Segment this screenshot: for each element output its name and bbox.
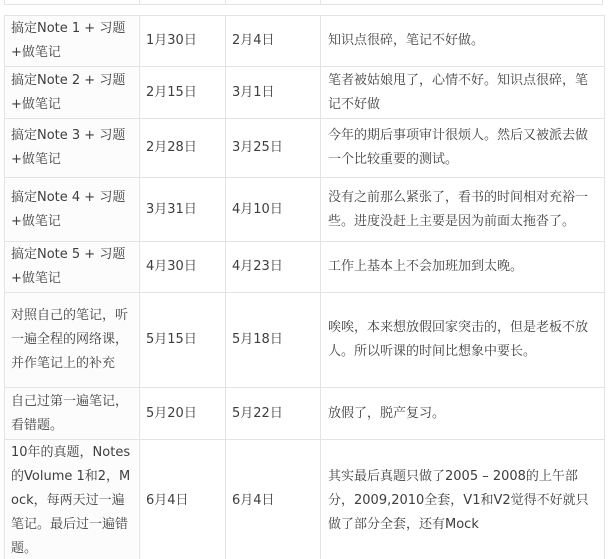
task-cell: 搞定Note 5 + 习题+做笔记 [5,242,140,293]
actual-date-cell: 5月22日 [226,388,321,440]
task-cell: 10年的真题，Notes的Volume 1和2，Mock，每两天过一遍笔记。最后… [5,440,140,559]
table-row: 搞定Note 1 + 习题+做笔记 1月30日 2月4日 知识点很碎，笔记不好做… [5,16,605,67]
table-row: 搞定Note 5 + 习题+做笔记 4月30日 4月23日 工作上基本上不会加班… [5,242,605,293]
table-row: 10年的真题，Notes的Volume 1和2，Mock，每两天过一遍笔记。最后… [5,440,605,559]
note-cell: 唉唉，本来想放假回家突击的，但是老板不放人。所以听课的时间比想象中要长。 [321,293,605,388]
note-cell: 没有之前那么紧张了，看书的时间相对充裕一些。进度没赶上主要是因为前面太拖沓了。 [321,178,605,242]
actual-date-cell: 2月4日 [226,16,321,67]
actual-date-cell: 3月1日 [226,67,321,119]
planned-date-cell: 6月4日 [140,440,226,559]
planned-date-cell: 2月15日 [140,67,226,119]
planned-date-cell: 3月31日 [140,178,226,242]
task-cell: 搞定Note 2 + 习题+做笔记 [5,67,140,119]
table-row: 自己过第一遍笔记，看错题。 5月20日 5月22日 放假了，脱产复习。 [5,388,605,440]
study-plan-table: 搞定Note 1 + 习题+做笔记 1月30日 2月4日 知识点很碎，笔记不好做… [4,15,605,559]
table-row: 搞定Note 3 + 习题+做笔记 2月28日 3月25日 今年的期后事项审计很… [5,119,605,178]
note-cell: 知识点很碎，笔记不好做。 [321,16,605,67]
task-cell: 搞定Note 1 + 习题+做笔记 [5,16,140,67]
note-cell: 今年的期后事项审计很烦人。然后又被派去做一个比较重要的测试。 [321,119,605,178]
task-cell: 自己过第一遍笔记，看错题。 [5,388,140,440]
previous-row-edge [4,0,603,5]
note-cell: 其实最后真题只做了2005 – 2008的上午部分，2009,2010全套，V1… [321,440,605,559]
column-divider [225,0,226,4]
note-cell: 笔者被姑娘甩了，心情不好。知识点很碎，笔记不好做 [321,67,605,119]
task-cell: 搞定Note 3 + 习题+做笔记 [5,119,140,178]
planned-date-cell: 1月30日 [140,16,226,67]
planned-date-cell: 5月15日 [140,293,226,388]
planned-date-cell: 5月20日 [140,388,226,440]
task-cell: 搞定Note 4 + 习题+做笔记 [5,178,140,242]
actual-date-cell: 5月18日 [226,293,321,388]
table-row: 搞定Note 2 + 习题+做笔记 2月15日 3月1日 笔者被姑娘甩了，心情不… [5,67,605,119]
table-row: 对照自己的笔记，听一遍全程的网络课，并作笔记上的补充 5月15日 5月18日 唉… [5,293,605,388]
note-cell: 工作上基本上不会加班加到太晚。 [321,242,605,293]
column-divider [320,0,321,4]
column-divider [139,0,140,4]
table-row: 搞定Note 4 + 习题+做笔记 3月31日 4月10日 没有之前那么紧张了，… [5,178,605,242]
actual-date-cell: 4月23日 [226,242,321,293]
actual-date-cell: 6月4日 [226,440,321,559]
task-cell: 对照自己的笔记，听一遍全程的网络课，并作笔记上的补充 [5,293,140,388]
actual-date-cell: 3月25日 [226,119,321,178]
planned-date-cell: 4月30日 [140,242,226,293]
actual-date-cell: 4月10日 [226,178,321,242]
planned-date-cell: 2月28日 [140,119,226,178]
note-cell: 放假了，脱产复习。 [321,388,605,440]
